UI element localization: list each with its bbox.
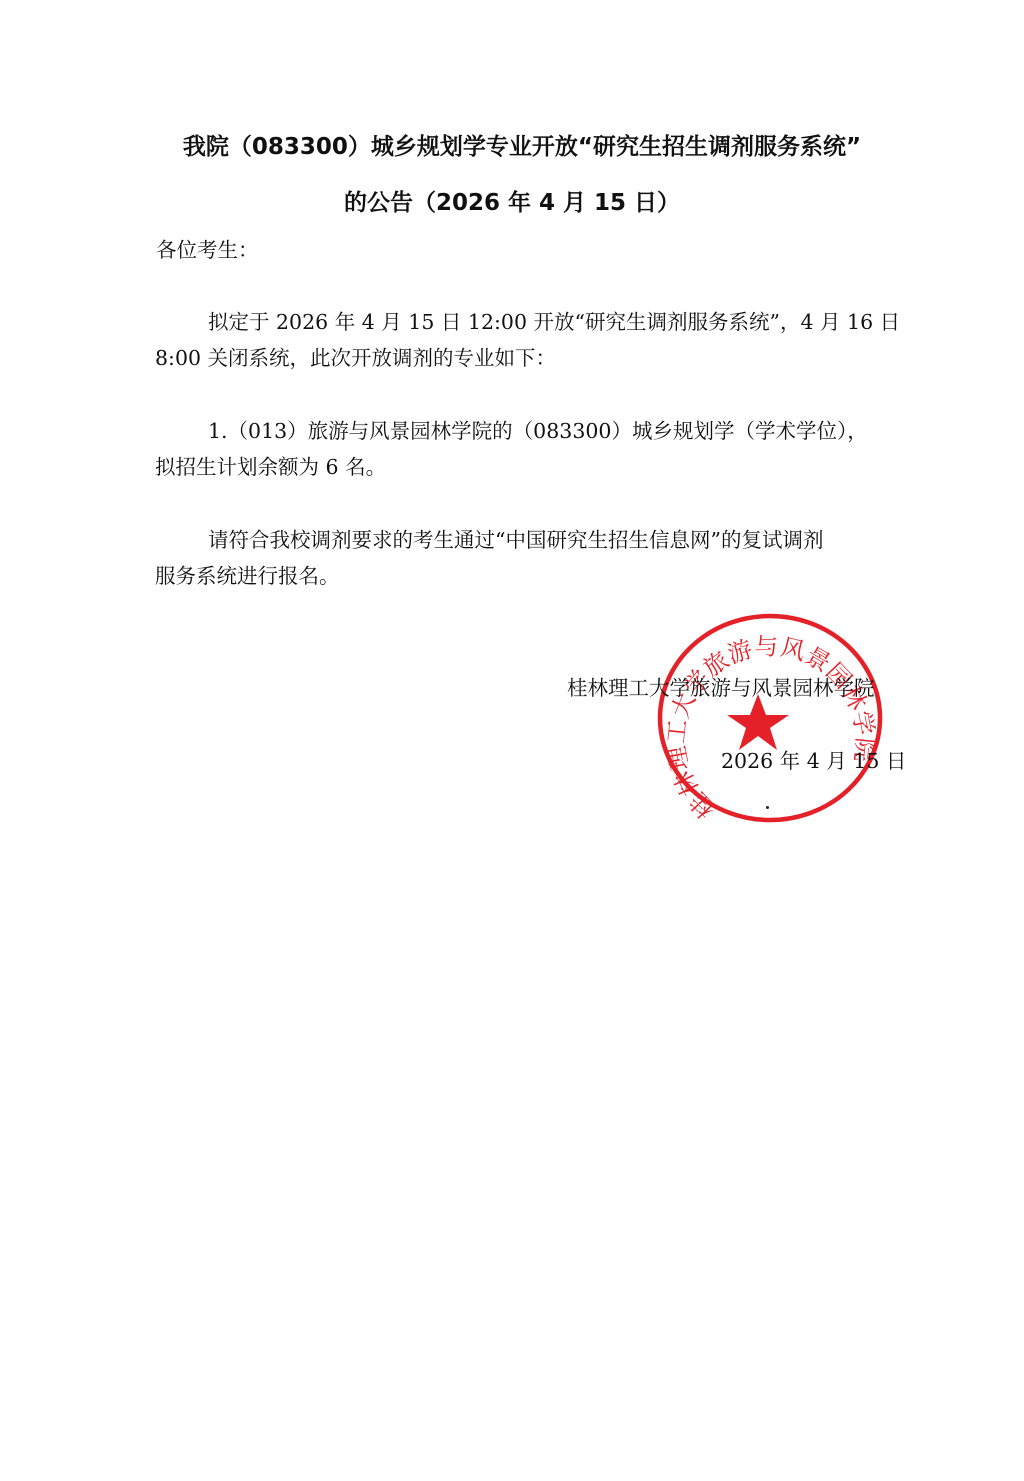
signature-date: 2026 年 4 月 15 日 — [721, 744, 906, 774]
paragraph-1-line-2: 8:00 关闭系统，此次开放调剂的专业如下： — [155, 340, 556, 376]
paragraph-3-line-1: 请符合我校调剂要求的考生通过“中国研究生招生信息网”的复试调剂 — [208, 522, 823, 558]
official-seal-stamp: 桂林理工大学旅游与风景园林学院 — [655, 612, 887, 828]
document-page: 我院（083300）城乡规划学专业开放“研究生招生调剂服务系统” 的公告（202… — [0, 0, 1024, 1481]
paragraph-3-line-2: 服务系统进行报名。 — [155, 558, 340, 594]
salutation: 各位考生： — [156, 232, 259, 268]
paragraph-2-line-1: 1.（013）旅游与风景园林学院的（083300）城乡规划学（学术学位）， — [208, 413, 868, 449]
announcement-title-line-1: 我院（083300）城乡规划学专业开放“研究生招生调剂服务系统” — [10, 128, 1024, 161]
star-icon — [727, 694, 789, 750]
paragraph-1-line-1: 拟定于 2026 年 4 月 15 日 12:00 开放“研究生调剂服务系统”，… — [208, 304, 900, 340]
paragraph-2-line-2: 拟招生计划余额为 6 名。 — [155, 449, 386, 485]
decorative-dot — [766, 806, 769, 809]
signature-organization: 桂林理工大学旅游与风景园林学院 — [567, 671, 875, 701]
announcement-title-line-2: 的公告（2026 年 4 月 15 日） — [0, 184, 1024, 217]
